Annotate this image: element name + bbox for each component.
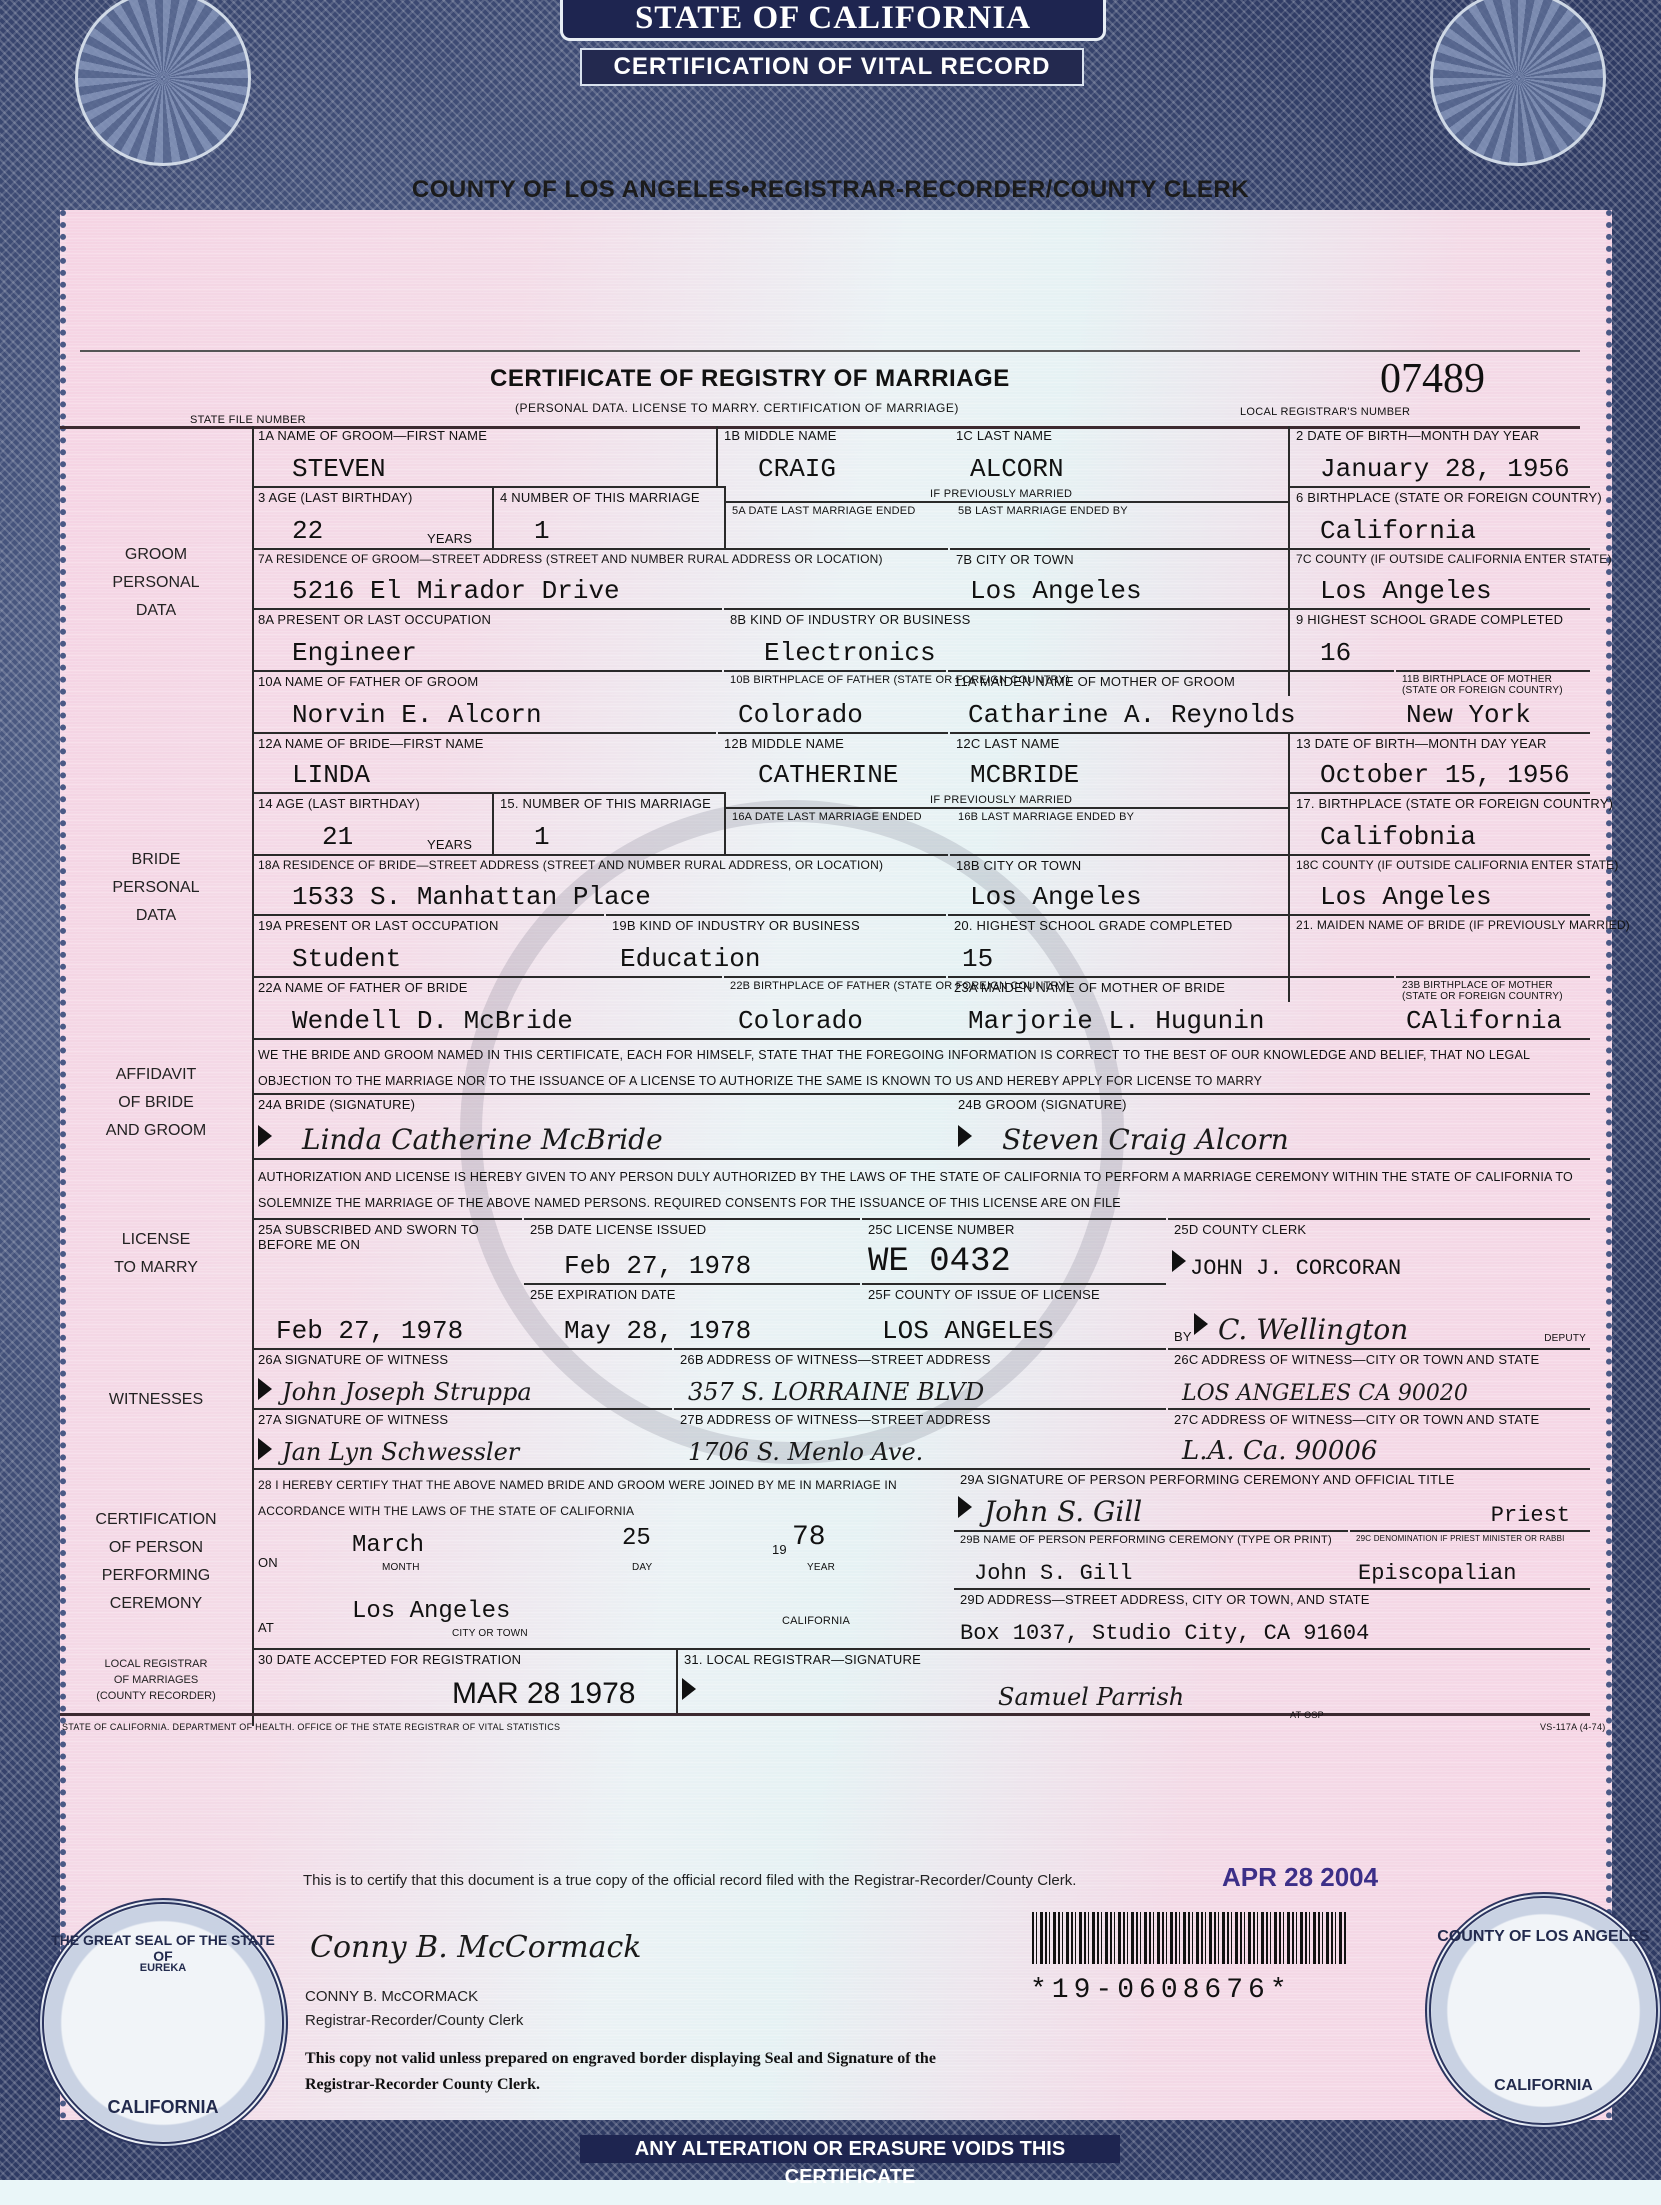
bride-signature-field: 24A BRIDE (SIGNATURE) Linda Catherine Mc…: [252, 1093, 952, 1158]
on-label: ON: [258, 1555, 278, 1570]
field-label: 9 HIGHEST SCHOOL GRADE COMPLETED: [1296, 612, 1563, 627]
officiant-signature: John S. Gill: [984, 1495, 1142, 1528]
date-accepted-field: 30 DATE ACCEPTED FOR REGISTRATION MAR 28…: [252, 1648, 676, 1713]
groom-signature-field: 24B GROOM (SIGNATURE) Steven Craig Alcor…: [952, 1093, 1590, 1158]
bride-age: 14 AGE (LAST BIRTHDAY) 21 YEARS: [252, 792, 492, 854]
bride-maiden-name: 21. MAIDEN NAME OF BRIDE (IF PREVIOUSLY …: [1290, 914, 1590, 976]
validity-line-2: Registrar-Recorder County Clerk.: [305, 2076, 540, 2094]
field-value: Student: [292, 944, 401, 974]
month-label: MONTH: [382, 1562, 420, 1573]
license-number-field: 25C LICENSE NUMBER WE 0432: [862, 1218, 1166, 1283]
certificate-subtitle: (PERSONAL DATA. LICENSE TO MARRY. CERTIF…: [515, 401, 959, 415]
field-label: 25A SUBSCRIBED AND SWORN TO BEFORE ME ON: [258, 1222, 498, 1252]
groom-age: 3 AGE (LAST BIRTHDAY) 22 YEARS: [252, 486, 492, 548]
field-label: 11A MAIDEN NAME OF MOTHER OF GROOM: [954, 674, 1235, 689]
witness2-street: 27B ADDRESS OF WITNESS—STREET ADDRESS 17…: [674, 1408, 1166, 1468]
ceremony-month: March: [352, 1532, 424, 1559]
field-label: 26C ADDRESS OF WITNESS—CITY OR TOWN AND …: [1174, 1352, 1539, 1367]
groom-city: 7B CITY OR TOWN Los Angeles: [950, 548, 1288, 608]
field-label: 26A SIGNATURE OF WITNESS: [258, 1352, 448, 1367]
groom-father-birthplace: 10B BIRTHPLACE OF FATHER (STATE OR FOREI…: [724, 670, 946, 732]
registrar-signature: Samuel Parrish: [998, 1683, 1184, 1711]
field-label: 31. LOCAL REGISTRAR—SIGNATURE: [684, 1652, 921, 1667]
witness1-city: 26C ADDRESS OF WITNESS—CITY OR TOWN AND …: [1168, 1348, 1590, 1408]
groom-school: 9 HIGHEST SCHOOL GRADE COMPLETED 16: [1290, 608, 1590, 670]
field-value: Marjorie L. Hugunin: [968, 1006, 1264, 1036]
field-value: New York: [1406, 700, 1531, 730]
field-label: 3 AGE (LAST BIRTHDAY): [258, 490, 412, 505]
seal-motto: EUREKA: [44, 1962, 282, 1974]
marriage-form: GROOM PERSONAL DATA BRIDE PERSONAL DATA …: [60, 426, 1600, 1726]
county-clerk-field: 25D COUNTY CLERK JOHN J. CORCORAN: [1168, 1218, 1590, 1283]
field-value: Los Angeles: [970, 882, 1142, 912]
field-label: 7C COUNTY (IF OUTSIDE CALIFORNIA ENTER S…: [1296, 552, 1612, 566]
denomination-field: 29C DENOMINATION IF PRIEST MINISTER OR R…: [1350, 1530, 1590, 1588]
field-value: Wendell D. McBride: [292, 1006, 573, 1036]
field-label: 23A MAIDEN NAME OF MOTHER OF BRIDE: [954, 980, 1225, 995]
field-label: 1C LAST NAME: [956, 428, 1052, 443]
field-value: May 28, 1978: [564, 1316, 751, 1346]
field-value: Feb 27, 1978: [564, 1251, 751, 1281]
dept-footer: STATE OF CALIFORNIA. DEPARTMENT OF HEALT…: [62, 1722, 560, 1732]
field-value: Education: [620, 944, 760, 974]
field-label: 19B KIND OF INDUSTRY OR BUSINESS: [612, 918, 860, 933]
field-value: Los Angeles: [1320, 882, 1492, 912]
arrow-icon: [958, 1496, 972, 1518]
field-value: Episcopalian: [1358, 1561, 1516, 1586]
bride-school: 20. HIGHEST SCHOOL GRADE COMPLETED 15: [948, 914, 1288, 976]
field-label: 13 DATE OF BIRTH—MONTH DAY YEAR: [1296, 736, 1547, 751]
field-value: Los Angeles: [1320, 576, 1492, 606]
field-value: 357 S. LORRAINE BLVD: [688, 1378, 984, 1406]
groom-mother-birthplace: 11B BIRTHPLACE OF MOTHER (STATE OR FOREI…: [1396, 670, 1590, 732]
field-label: 16A DATE LAST MARRIAGE ENDED: [732, 811, 922, 823]
seal-bottom-text: CALIFORNIA: [1431, 2077, 1656, 2095]
field-label: 21. MAIDEN NAME OF BRIDE (IF PREVIOUSLY …: [1296, 918, 1630, 932]
barcode: [1032, 1912, 1348, 1964]
field-value: STEVEN: [292, 454, 386, 484]
field-label: 16B LAST MARRIAGE ENDED BY: [958, 811, 1134, 823]
field-value: Electronics: [764, 638, 936, 668]
field-label: 18B CITY OR TOWN: [956, 858, 1081, 873]
field-label: 27C ADDRESS OF WITNESS—CITY OR TOWN AND …: [1174, 1412, 1539, 1427]
field-label: 2 DATE OF BIRTH—MONTH DAY YEAR: [1296, 428, 1539, 443]
bride-mother-birthplace: 23B BIRTHPLACE OF MOTHER (STATE OR FOREI…: [1396, 976, 1590, 1038]
field-value: California: [1320, 516, 1476, 546]
field-label: 10A NAME OF FATHER OF GROOM: [258, 674, 478, 689]
groom-middle-name: 1B MIDDLE NAME CRAIG: [718, 426, 948, 486]
field-value: CAlifornia: [1406, 1006, 1562, 1036]
field-value: Norvin E. Alcorn: [292, 700, 542, 730]
field-label: 15. NUMBER OF THIS MARRIAGE: [500, 796, 711, 811]
bride-county: 18C COUNTY (IF OUTSIDE CALIFORNIA ENTER …: [1290, 854, 1590, 914]
date-issued-field: 25B DATE LICENSE ISSUED Feb 27, 1978: [524, 1218, 860, 1283]
signature: John Joseph Struppa: [282, 1378, 532, 1406]
groom-signature: Steven Craig Alcorn: [1002, 1123, 1289, 1156]
alteration-warning: ANY ALTERATION OR ERASURE VOIDS THIS CER…: [580, 2135, 1120, 2163]
clerk-name: CONNY B. McCORMACK: [305, 1988, 478, 2005]
bride-occupation: 19A PRESENT OR LAST OCCUPATION Student: [252, 914, 604, 976]
witness1-signature: 26A SIGNATURE OF WITNESS John Joseph Str…: [252, 1348, 672, 1408]
field-value: CRAIG: [758, 454, 836, 484]
groom-occupation: 8A PRESENT OR LAST OCCUPATION Engineer: [252, 608, 722, 670]
form-number: VS-117A (4-74): [1540, 1722, 1606, 1732]
seal-top-text: COUNTY OF LOS ANGELES: [1431, 1928, 1656, 1946]
field-value: ALCORN: [970, 454, 1064, 484]
field-value: 22: [292, 516, 323, 546]
top-divider: [80, 350, 1580, 352]
field-label: 11B BIRTHPLACE OF MOTHER (STATE OR FOREI…: [1402, 674, 1582, 696]
at-osp: AT OSP: [1290, 1710, 1324, 1720]
years-label: YEARS: [427, 837, 472, 852]
state-seal-icon: THE GREAT SEAL OF THE STATE OF EUREKA CA…: [38, 1898, 288, 2148]
ceremony-certify: 28 I HEREBY CERTIFY THAT THE ABOVE NAMED…: [252, 1468, 954, 1648]
issue-date-stamp: APR 28 2004: [1222, 1862, 1378, 1893]
officiant-address-field: 29D ADDRESS—STREET ADDRESS, CITY OR TOWN…: [954, 1588, 1590, 1648]
deputy-signature: C. Wellington: [1218, 1313, 1408, 1346]
groom-county: 7C COUNTY (IF OUTSIDE CALIFORNIA ENTER S…: [1290, 548, 1590, 608]
field-value: LOS ANGELES CA 90020: [1182, 1381, 1468, 1406]
field-label: 1A NAME OF GROOM—FIRST NAME: [258, 428, 487, 443]
field-value: October 15, 1956: [1320, 760, 1570, 790]
field-value: Los Angeles: [970, 576, 1142, 606]
ceremony-city: Los Angeles: [352, 1598, 510, 1625]
field-label: 8A PRESENT OR LAST OCCUPATION: [258, 612, 491, 627]
field-value: CATHERINE: [758, 760, 898, 790]
field-value: Catharine A. Reynolds: [968, 700, 1296, 730]
field-label: 18A RESIDENCE OF BRIDE—STREET ADDRESS (S…: [258, 858, 883, 872]
field-label: 5A DATE LAST MARRIAGE ENDED: [732, 505, 915, 517]
field-value: 1: [534, 516, 550, 546]
bride-dob: 13 DATE OF BIRTH—MONTH DAY YEAR October …: [1290, 732, 1590, 792]
field-value: 5216 El Mirador Drive: [292, 576, 620, 606]
field-value: 1533 S. Manhattan Place: [292, 882, 651, 912]
affidavit-text: WE THE BRIDE AND GROOM NAMED IN THIS CER…: [258, 1042, 1578, 1094]
bride-father: 22A NAME OF FATHER OF BRIDE Wendell D. M…: [252, 976, 722, 1038]
groom-last-name: 1C LAST NAME ALCORN: [950, 426, 1288, 486]
witness2-city: 27C ADDRESS OF WITNESS—CITY OR TOWN AND …: [1168, 1408, 1590, 1468]
field-label: 12A NAME OF BRIDE—FIRST NAME: [258, 736, 484, 751]
field-label: 4 NUMBER OF THIS MARRIAGE: [500, 490, 700, 505]
by-label: BY: [1174, 1329, 1192, 1344]
year-prefix: 19: [772, 1542, 787, 1557]
years-label: YEARS: [427, 531, 472, 546]
state-file-label: STATE FILE NUMBER: [190, 414, 306, 426]
witness2-signature: 27A SIGNATURE OF WITNESS Jan Lyn Schwess…: [252, 1408, 672, 1468]
witness1-street: 26B ADDRESS OF WITNESS—STREET ADDRESS 35…: [674, 1348, 1166, 1408]
section-bride: BRIDE PERSONAL DATA: [60, 846, 252, 930]
cert-banner: CERTIFICATION OF VITAL RECORD: [580, 48, 1084, 86]
section-groom: GROOM PERSONAL DATA: [60, 541, 252, 625]
validity-line-1: This copy not valid unless prepared on e…: [305, 2050, 936, 2068]
field-label: 25D COUNTY CLERK: [1174, 1222, 1306, 1237]
field-value: Feb 27, 1978: [276, 1316, 463, 1346]
field-label: 19A PRESENT OR LAST OCCUPATION: [258, 918, 499, 933]
bride-city: 18B CITY OR TOWN Los Angeles: [950, 854, 1288, 914]
field-label: 6 BIRTHPLACE (STATE OR FOREIGN COUNTRY): [1296, 490, 1602, 505]
groom-date-last-ended: 5A DATE LAST MARRIAGE ENDED: [726, 501, 952, 548]
certificate-title: CERTIFICATE OF REGISTRY OF MARRIAGE: [490, 365, 1010, 393]
groom-dob: 2 DATE OF BIRTH—MONTH DAY YEAR January 2…: [1290, 426, 1590, 486]
field-label: 14 AGE (LAST BIRTHDAY): [258, 796, 420, 811]
deputy-label: DEPUTY: [1544, 1333, 1586, 1344]
state-label: CALIFORNIA: [782, 1615, 850, 1627]
field-label: 1B MIDDLE NAME: [724, 428, 837, 443]
true-copy-statement: This is to certify that this document is…: [303, 1872, 1076, 1889]
groom-father: 10A NAME OF FATHER OF GROOM Norvin E. Al…: [252, 670, 722, 732]
bride-ended-by: 16B LAST MARRIAGE ENDED BY: [952, 807, 1288, 854]
city-label: CITY OR TOWN: [452, 1628, 528, 1639]
field-label: 17. BIRTHPLACE (STATE OR FOREIGN COUNTRY…: [1296, 796, 1613, 811]
bride-date-last-ended: 16A DATE LAST MARRIAGE ENDED: [726, 807, 952, 854]
field-value: John S. Gill: [974, 1561, 1132, 1586]
field-value: L.A. Ca. 90006: [1182, 1436, 1377, 1466]
field-value: 1706 S. Menlo Ave.: [688, 1438, 923, 1466]
registrar-signature-field: 31. LOCAL REGISTRAR—SIGNATURE Samuel Par…: [678, 1648, 1590, 1713]
seal-top-text: THE GREAT SEAL OF THE STATE OF: [44, 1932, 282, 1964]
field-label: 25C LICENSE NUMBER: [868, 1222, 1015, 1237]
groom-first-name: 1A NAME OF GROOM—FIRST NAME STEVEN: [252, 426, 716, 486]
signature: Jan Lyn Schwessler: [282, 1438, 519, 1466]
form-bottom-rule: [60, 1713, 1590, 1716]
if-previously-married: IF PREVIOUSLY MARRIED: [930, 794, 1072, 806]
field-value: Califobnia: [1320, 822, 1476, 852]
field-label: 29C DENOMINATION IF PRIEST MINISTER OR R…: [1356, 1534, 1565, 1543]
license-statement: AUTHORIZATION AND LICENSE IS HEREBY GIVE…: [252, 1158, 1590, 1218]
sworn-field: 25A SUBSCRIBED AND SWORN TO BEFORE ME ON…: [252, 1218, 522, 1348]
groom-marriage-number: 4 NUMBER OF THIS MARRIAGE 1: [494, 486, 724, 548]
bride-signature: Linda Catherine McBride: [302, 1123, 663, 1156]
field-value: Colorado: [738, 1006, 863, 1036]
local-registrar-number: 07489: [1380, 355, 1485, 403]
field-label: 26B ADDRESS OF WITNESS—STREET ADDRESS: [680, 1352, 991, 1367]
field-label: 7A RESIDENCE OF GROOM—STREET ADDRESS (ST…: [258, 552, 883, 566]
arrow-icon: [258, 1378, 272, 1400]
bride-industry: 19B KIND OF INDUSTRY OR BUSINESS Educati…: [606, 914, 946, 976]
field-label: 12C LAST NAME: [956, 736, 1060, 751]
arrow-icon: [258, 1125, 272, 1147]
ceremony-year: 78: [792, 1522, 826, 1553]
clerk-title: Registrar-Recorder/County Clerk: [305, 2012, 523, 2029]
day-label: DAY: [632, 1562, 652, 1573]
county-seal-icon: COUNTY OF LOS ANGELES CALIFORNIA: [1425, 1892, 1661, 2129]
field-value: January 28, 1956: [1320, 454, 1570, 484]
officiant-signature-field: 29A SIGNATURE OF PERSON PERFORMING CEREM…: [954, 1468, 1590, 1530]
bride-father-birthplace: 22B BIRTHPLACE OF FATHER (STATE OR FOREI…: [724, 976, 946, 1038]
field-value: MCBRIDE: [970, 760, 1079, 790]
field-label: 8B KIND OF INDUSTRY OR BUSINESS: [730, 612, 971, 627]
field-value: WE 0432: [868, 1243, 1011, 1281]
field-label: 29B NAME OF PERSON PERFORMING CEREMONY (…: [960, 1534, 1332, 1546]
if-previously-married: IF PREVIOUSLY MARRIED: [930, 488, 1072, 500]
bride-middle-name: 12B MIDDLE NAME CATHERINE: [718, 732, 948, 792]
arrow-icon: [1194, 1313, 1208, 1335]
bride-first-name: 12A NAME OF BRIDE—FIRST NAME LINDA: [252, 732, 716, 792]
field-label: 25F COUNTY OF ISSUE OF LICENSE: [868, 1287, 1100, 1302]
ceremony-day: 25: [622, 1525, 651, 1552]
field-value: Engineer: [292, 638, 417, 668]
local-registrar-label: LOCAL REGISTRAR'S NUMBER: [1240, 406, 1410, 418]
barcode-number: *19-0608676*: [1030, 1975, 1292, 2006]
field-value: Colorado: [738, 700, 863, 730]
arrow-icon: [1172, 1250, 1186, 1272]
field-label: 23B BIRTHPLACE OF MOTHER (STATE OR FOREI…: [1402, 980, 1582, 1002]
bride-mother: 23A MAIDEN NAME OF MOTHER OF BRIDE Marjo…: [948, 976, 1394, 1038]
field-label: 27B ADDRESS OF WITNESS—STREET ADDRESS: [680, 1412, 991, 1427]
groom-birthplace: 6 BIRTHPLACE (STATE OR FOREIGN COUNTRY) …: [1290, 486, 1590, 548]
section-affidavit: AFFIDAVIT OF BRIDE AND GROOM: [60, 1061, 252, 1145]
groom-mother: 11A MAIDEN NAME OF MOTHER OF GROOM Catha…: [948, 670, 1394, 732]
expiration-field: 25E EXPIRATION DATE May 28, 1978: [524, 1283, 860, 1348]
at-label: AT: [258, 1620, 274, 1635]
license-text: AUTHORIZATION AND LICENSE IS HEREBY GIVE…: [258, 1164, 1578, 1216]
year-label: YEAR: [807, 1562, 835, 1573]
field-value: MAR 28 1978: [452, 1677, 635, 1711]
bride-last-name: 12C LAST NAME MCBRIDE: [950, 732, 1288, 792]
field-label: 24B GROOM (SIGNATURE): [958, 1097, 1127, 1112]
field-label: 29A SIGNATURE OF PERSON PERFORMING CEREM…: [960, 1472, 1454, 1487]
field-value: JOHN J. CORCORAN: [1190, 1256, 1401, 1281]
field-value: 1: [534, 822, 550, 852]
seal-bottom-text: CALIFORNIA: [44, 2097, 282, 2118]
affidavit-statement: WE THE BRIDE AND GROOM NAMED IN THIS CER…: [252, 1038, 1590, 1093]
field-label: 18C COUNTY (IF OUTSIDE CALIFORNIA ENTER …: [1296, 858, 1619, 872]
field-label: 29D ADDRESS—STREET ADDRESS, CITY OR TOWN…: [960, 1592, 1370, 1607]
field-label: 20. HIGHEST SCHOOL GRADE COMPLETED: [954, 918, 1232, 933]
county-title: COUNTY OF LOS ANGELES•REGISTRAR-RECORDER…: [0, 176, 1661, 204]
bride-marriage-number: 15. NUMBER OF THIS MARRIAGE 1: [494, 792, 724, 854]
certify-text: 28 I HEREBY CERTIFY THAT THE ABOVE NAMED…: [258, 1472, 908, 1524]
county-of-issue-field: 25F COUNTY OF ISSUE OF LICENSE LOS ANGEL…: [862, 1283, 1166, 1348]
field-label: 22A NAME OF FATHER OF BRIDE: [258, 980, 468, 995]
state-banner: STATE OF CALIFORNIA: [560, 0, 1106, 41]
field-label: 7B CITY OR TOWN: [956, 552, 1074, 567]
arrow-icon: [258, 1438, 272, 1460]
arrow-icon: [682, 1678, 696, 1700]
field-value: LINDA: [292, 760, 370, 790]
groom-street: 7A RESIDENCE OF GROOM—STREET ADDRESS (ST…: [252, 548, 948, 608]
official-title: Priest: [1491, 1503, 1570, 1528]
field-label: 30 DATE ACCEPTED FOR REGISTRATION: [258, 1652, 521, 1667]
field-value: LOS ANGELES: [882, 1316, 1054, 1346]
field-label: 24A BRIDE (SIGNATURE): [258, 1097, 415, 1112]
groom-ended-by: 5B LAST MARRIAGE ENDED BY: [952, 501, 1288, 548]
deputy-field: BY C. Wellington DEPUTY: [1168, 1283, 1590, 1348]
field-value: 21: [322, 822, 353, 852]
section-license: LICENSE TO MARRY: [60, 1226, 252, 1282]
field-value: 15: [962, 944, 993, 974]
bride-street: 18A RESIDENCE OF BRIDE—STREET ADDRESS (S…: [252, 854, 948, 914]
bride-birthplace: 17. BIRTHPLACE (STATE OR FOREIGN COUNTRY…: [1290, 792, 1590, 854]
arrow-icon: [958, 1125, 972, 1147]
section-registrar: LOCAL REGISTRAR OF MARRIAGES (COUNTY REC…: [60, 1656, 252, 1704]
field-label: 27A SIGNATURE OF WITNESS: [258, 1412, 448, 1427]
clerk-signature: Conny B. McCormack: [310, 1930, 641, 1965]
field-label: 25B DATE LICENSE ISSUED: [530, 1222, 706, 1237]
section-witnesses: WITNESSES: [60, 1386, 252, 1414]
field-value: 16: [1320, 638, 1351, 668]
field-label: 12B MIDDLE NAME: [724, 736, 844, 751]
section-certification: CERTIFICATION OF PERSON PERFORMING CEREM…: [60, 1506, 252, 1618]
groom-industry: 8B KIND OF INDUSTRY OR BUSINESS Electron…: [724, 608, 1288, 670]
field-label: 25E EXPIRATION DATE: [530, 1287, 676, 1302]
field-value: Box 1037, Studio City, CA 91604: [960, 1621, 1369, 1646]
field-label: 5B LAST MARRIAGE ENDED BY: [958, 505, 1128, 517]
officiant-name-field: 29B NAME OF PERSON PERFORMING CEREMONY (…: [954, 1530, 1348, 1588]
